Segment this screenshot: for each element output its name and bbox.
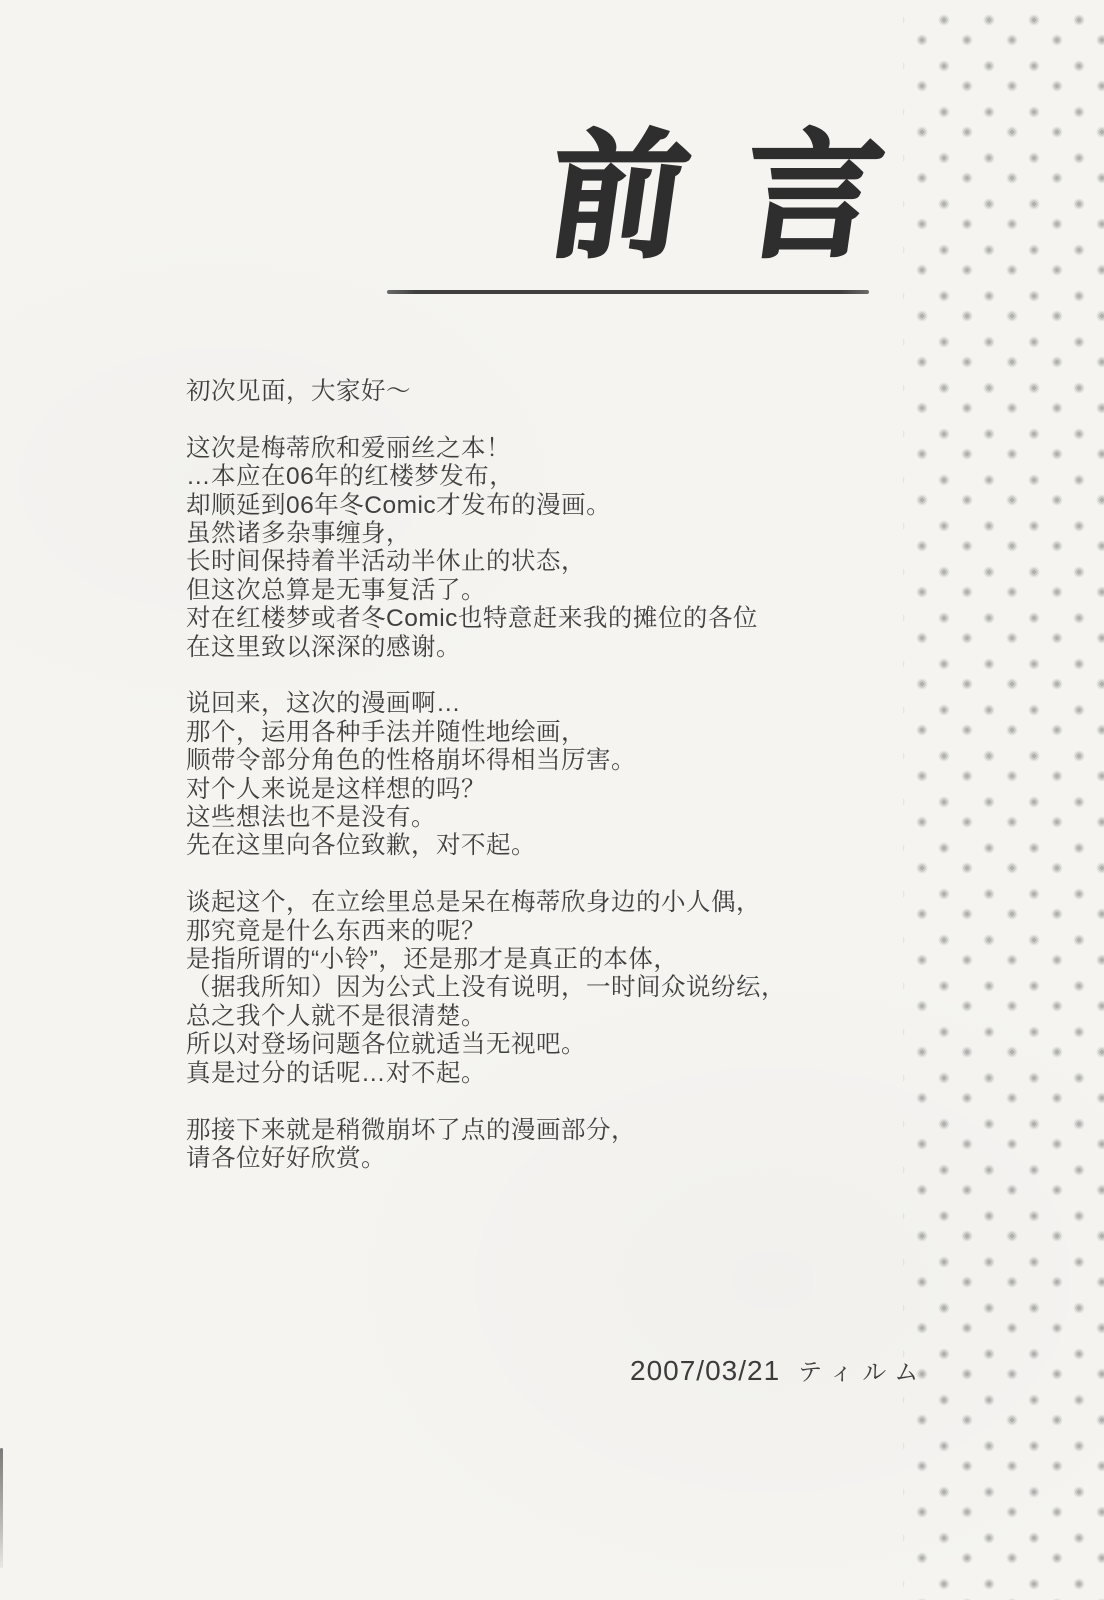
text-line: 对在红楼梦或者冬Comic也特意赶来我的摊位的各位 bbox=[186, 605, 876, 633]
text-line: 却顺延到06年冬Comic才发布的漫画。 bbox=[186, 492, 876, 520]
signature-date: 2007/03/21 bbox=[630, 1355, 780, 1387]
signature-author: ティルム bbox=[798, 1352, 927, 1387]
text-line: 那接下来就是稍微崩坏了点的漫画部分， bbox=[186, 1117, 876, 1145]
text-line: 说回来，这次的漫画啊… bbox=[186, 690, 876, 718]
text-line: 在这里致以深深的感谢。 bbox=[186, 634, 876, 662]
text-line: 所以对登场问题各位就适当无视吧。 bbox=[186, 1031, 876, 1059]
title-underline bbox=[387, 290, 869, 294]
paragraph-about-doll: 谈起这个，在立绘里总是呆在梅蒂欣身边的小人偶， 那究竟是什么东西来的呢？ 是指所… bbox=[186, 889, 876, 1088]
text-line: 虽然诸多杂事缠身， bbox=[186, 520, 876, 548]
paragraph-greeting: 初次见面，大家好～ bbox=[186, 378, 876, 406]
text-line: 顺带令部分角色的性格崩坏得相当厉害。 bbox=[186, 747, 876, 775]
text-line: 那个，运用各种手法并随性地绘画， bbox=[186, 719, 876, 747]
paragraph-closing: 那接下来就是稍微崩坏了点的漫画部分， 请各位好好欣赏。 bbox=[186, 1117, 876, 1174]
text-line: 是指所谓的“小铃”，还是那才是真正的本体， bbox=[186, 946, 876, 974]
text-line: …本应在06年的红楼梦发布， bbox=[186, 463, 876, 491]
paragraph-release-history: 这次是梅蒂欣和爱丽丝之本！ …本应在06年的红楼梦发布， 却顺延到06年冬Com… bbox=[186, 435, 876, 662]
text-line: 先在这里向各位致歉，对不起。 bbox=[186, 832, 876, 860]
text-line: 这次是梅蒂欣和爱丽丝之本！ bbox=[186, 435, 876, 463]
scan-edge-artifact bbox=[0, 1448, 3, 1568]
preface-body: 初次见面，大家好～ 这次是梅蒂欣和爱丽丝之本！ …本应在06年的红楼梦发布， 却… bbox=[186, 378, 876, 1173]
text-line: （据我所知）因为公式上没有说明，一时间众说纷纭， bbox=[186, 974, 876, 1002]
text-line: 那究竟是什么东西来的呢？ bbox=[186, 918, 876, 946]
text-line: 对个人来说是这样想的吗？ bbox=[186, 776, 876, 804]
text-line: 但这次总算是无事复活了。 bbox=[186, 577, 876, 605]
halftone-dot-pattern bbox=[903, 0, 1104, 1600]
text-line: 谈起这个，在立绘里总是呆在梅蒂欣身边的小人偶， bbox=[186, 889, 876, 917]
text-line: 这些想法也不是没有。 bbox=[186, 804, 876, 832]
scanned-preface-page: 前言 初次见面，大家好～ 这次是梅蒂欣和爱丽丝之本！ …本应在06年的红楼梦发布… bbox=[0, 0, 1104, 1600]
text-line: 初次见面，大家好～ bbox=[186, 378, 876, 406]
text-line: 长时间保持着半活动半休止的状态， bbox=[186, 548, 876, 576]
page-title: 前言 bbox=[540, 128, 948, 268]
signature: 2007/03/21 ティルム bbox=[630, 1352, 927, 1387]
text-line: 真是过分的话呢…对不起。 bbox=[186, 1060, 876, 1088]
text-line: 请各位好好欣赏。 bbox=[186, 1145, 876, 1173]
text-line: 总之我个人就不是很清楚。 bbox=[186, 1003, 876, 1031]
paragraph-about-comic: 说回来，这次的漫画啊… 那个，运用各种手法并随性地绘画， 顺带令部分角色的性格崩… bbox=[186, 690, 876, 860]
